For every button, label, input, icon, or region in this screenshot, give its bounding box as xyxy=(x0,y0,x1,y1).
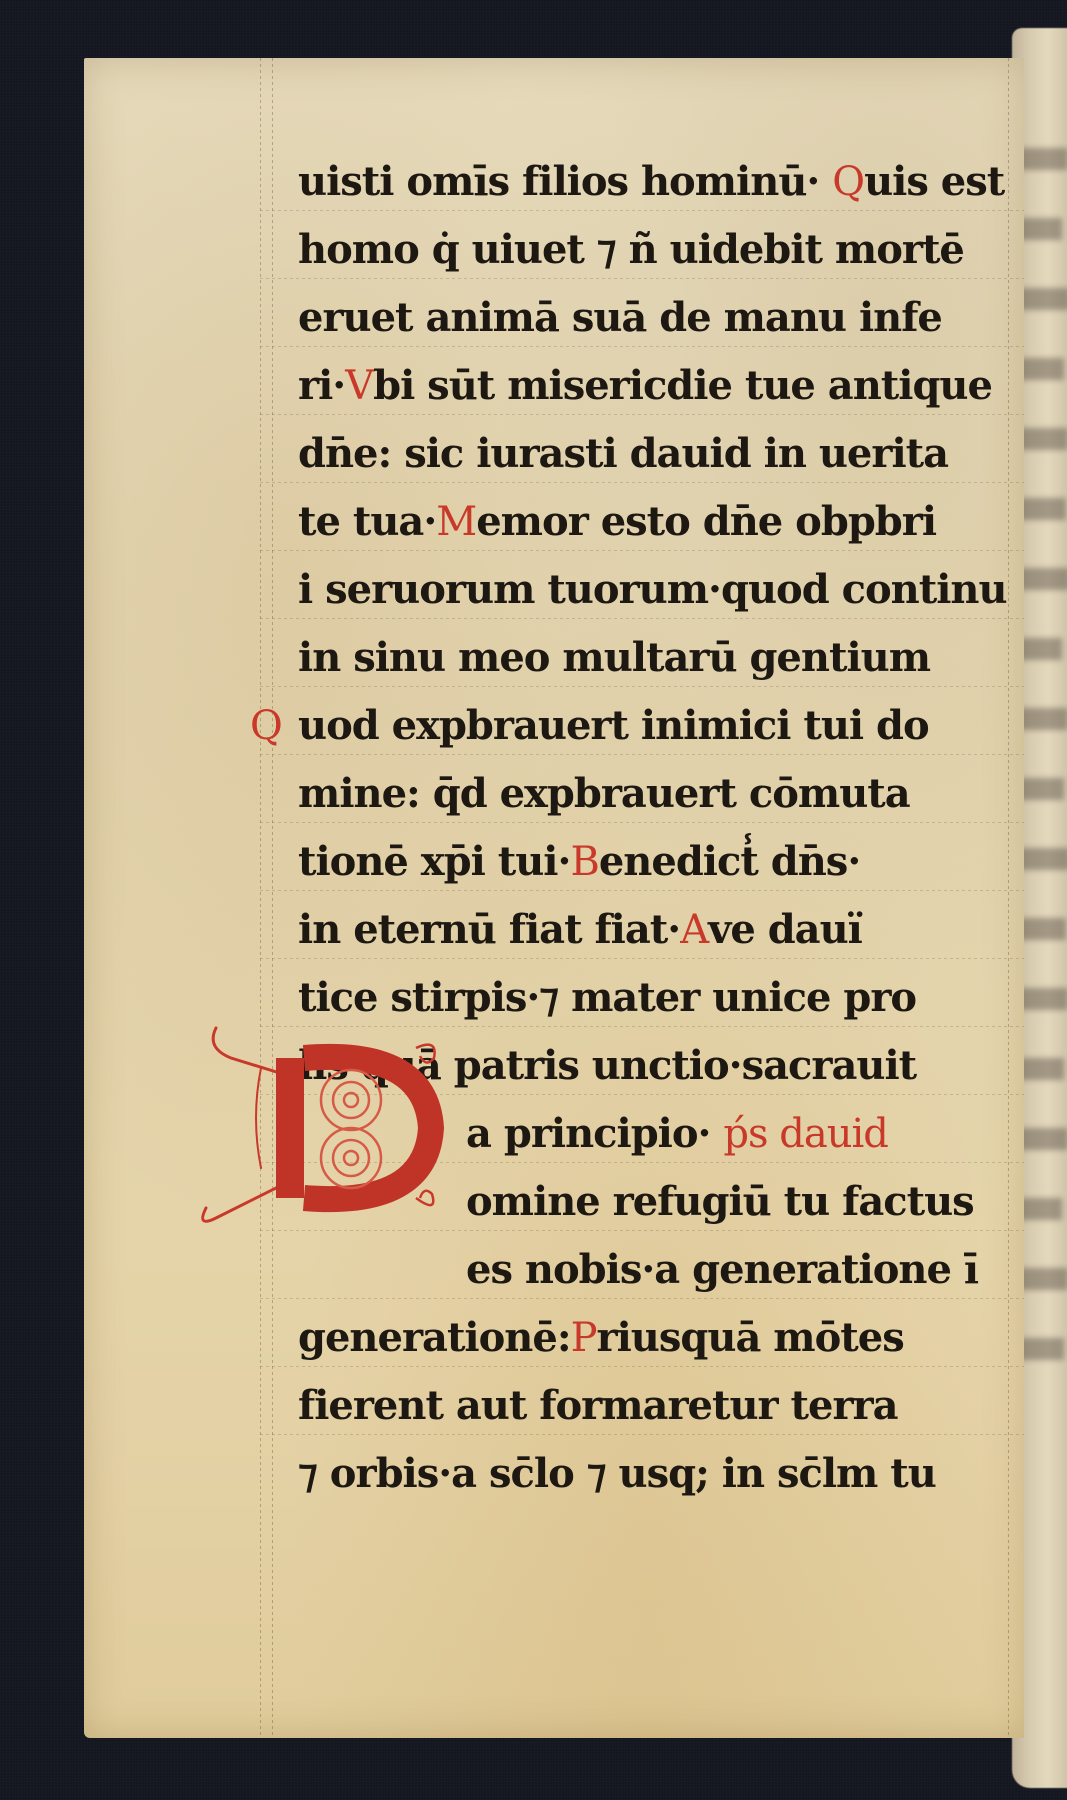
text-line-15: a principio· ṕs dauid xyxy=(466,1100,888,1168)
text-line-5: dn̄e: sic iurasti dauid in uerita xyxy=(298,420,948,488)
text-line-16: omine refugiū tu factus xyxy=(466,1168,974,1236)
text-line-10: mine: q̄d expbrauert cōmuta xyxy=(298,760,910,828)
ruling-line-left xyxy=(260,58,261,1738)
rubric-initial: Q xyxy=(832,159,864,205)
text-line-19: fierent aut formaretur terra xyxy=(298,1372,898,1440)
rubric-initial: V xyxy=(345,363,373,409)
rubric-initial: B xyxy=(570,839,598,885)
text-line-12: in eternū fiat fiat·Ave dauï xyxy=(298,896,862,964)
decorated-initial-d xyxy=(176,1018,446,1226)
ruling-line-left-inner xyxy=(272,58,273,1738)
text-line-2: homo q̇ uiuet ⁊ ñ uidebit mortē xyxy=(298,216,964,284)
text-line-17: es nobis·a generatione ī xyxy=(466,1236,978,1304)
text-line-4: ri·Vbi sūt misericdie tue antique xyxy=(298,352,992,420)
text-line-18: generationē:Priusquā mōtes xyxy=(298,1304,904,1372)
rubric-initial: P xyxy=(571,1315,597,1361)
ruling-line-right xyxy=(1008,58,1009,1738)
margin-rubric-initial-q: Q xyxy=(250,692,283,760)
text-line-1: uisti omīs filios hominū· Quis est xyxy=(298,148,1004,216)
psalm-rubric: ṕs dauid xyxy=(723,1111,887,1157)
rubric-initial: M xyxy=(436,499,476,545)
rubric-initial: A xyxy=(680,907,708,953)
text-line-20: ⁊ orbis·a sc̄lo ⁊ usq; in sc̄lm tu xyxy=(298,1440,936,1508)
text-line-11: tionē xp̄i tui·Benedict̾ dn̄s· xyxy=(298,828,860,896)
text-line-7: i seruorum tuorum·quod continu xyxy=(298,556,1007,624)
text-line-6: te tua·Memor esto dn̄e obpbri xyxy=(298,488,936,556)
text-line-3: eruet animā suā de manu infe xyxy=(298,284,942,352)
text-line-9: uod expbrauert inimici tui do xyxy=(298,692,929,760)
text-line-8: in sinu meo multarū gentium xyxy=(298,624,930,692)
